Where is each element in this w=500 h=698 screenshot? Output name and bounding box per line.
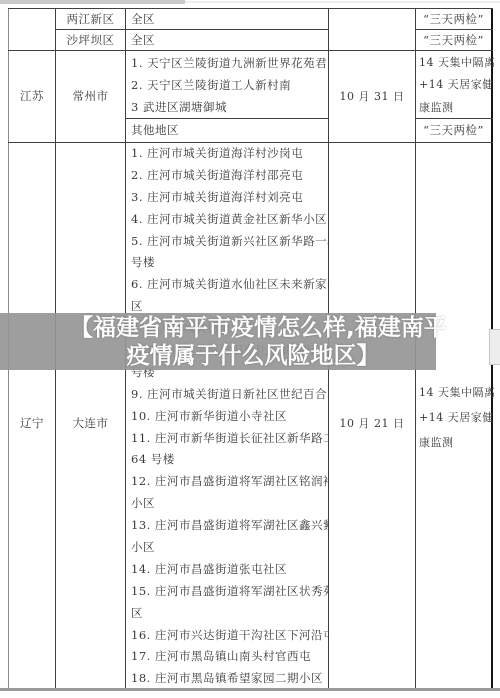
area-cell-shapingba: 全区 <box>131 30 321 50</box>
street-list-changzhou: 1. 天宁区兰陵街道九洲新世界花苑君堡2. 天宁区兰陵街道工人新村南3 武进区湖… <box>131 52 326 118</box>
measure-line: +14 天居家健 <box>419 74 489 96</box>
measure-line: 14 天集中隔离 <box>419 380 489 405</box>
street-line: 18. 庄河市黑岛镇希望家园二期小区 <box>131 668 329 690</box>
street-line: 14. 庄河市昌盛街道张屯社区 <box>131 559 329 581</box>
street-line: 64 号楼 <box>131 449 329 471</box>
measure-line: +14 天居家健 <box>419 405 489 430</box>
street-line: 16. 庄河市兴达街道干沟社区下河沿屯 <box>131 625 329 647</box>
other-measure-cell-changzhou: “三天两检” <box>416 119 491 141</box>
street-line: 区 <box>131 603 329 625</box>
street-line: 5. 庄河市城关街道新兴社区新华路一段 22 <box>131 231 329 253</box>
street-line: 10. 庄河市新华街道小寺社区 <box>131 406 329 428</box>
province-cell-jiangsu: 江苏 <box>9 51 55 141</box>
measure-line: 康监测 <box>419 430 489 455</box>
measure-cell-shapingba: “三天两检” <box>416 30 491 50</box>
measure-cell-liangjiang: “三天两检” <box>416 9 491 29</box>
street-line: 1. 天宁区兰陵街道九洲新世界花苑君堡 <box>131 52 326 74</box>
street-line: 12. 庄河市昌盛街道将军湖社区铭润褐邸 <box>131 471 329 493</box>
street-line: 3. 庄河市城关街道海洋村刘亮屯 <box>131 187 329 209</box>
top-edge-artifact <box>0 0 185 4</box>
street-line: 6. 庄河市城关街道水仙社区未来新家园小 <box>131 274 329 296</box>
banner-right-fragment <box>489 329 500 365</box>
street-line: 4. 庄河市城关街道黄金社区新华小区 <box>131 209 329 231</box>
city-cell-dalian: 大连市 <box>56 405 125 441</box>
date-cell-dalian: 10 月 21 日 <box>329 405 415 441</box>
street-line: 小区 <box>131 493 329 515</box>
other-area-cell-changzhou: 其他地区 <box>131 119 321 141</box>
city-cell-changzhou: 常州市 <box>56 51 125 141</box>
street-line: 2. 天宁区兰陵街道工人新村南 <box>131 74 326 96</box>
watermark-title-line2: 疫情属于什么风险地区】 <box>70 342 436 370</box>
risk-area-table-screenshot: 两江新区 全区 “三天两检” 沙坪坝区 全区 “三天两检” 江苏 常州市 1. … <box>0 0 500 698</box>
measure-line: 14 天集中隔离 <box>419 52 489 74</box>
date-cell-changzhou: 10 月 31 日 <box>329 51 415 141</box>
street-line: 小区 <box>131 537 329 559</box>
district-cell-shapingba: 沙坪坝区 <box>56 30 125 50</box>
street-list-dalian: 1. 庄河市城关街道海洋村沙岗屯2. 庄河市城关街道海洋村邵亮屯3. 庄河市城关… <box>131 143 329 690</box>
watermark-title-line1: 【福建省南平市疫情怎么样,福建南平 <box>70 314 436 342</box>
street-line: 11. 庄河市新华街道长征社区新华路二段 <box>131 428 329 450</box>
street-line: 2. 庄河市城关街道海洋村邵亮屯 <box>131 165 329 187</box>
watermark-title-banner: 【福建省南平市疫情怎么样,福建南平 疫情属于什么风险地区】 <box>0 313 436 370</box>
measure-line: 康监测 <box>419 97 489 119</box>
district-cell-liangjiang: 两江新区 <box>56 9 125 29</box>
street-line: 9. 庄河市城关街道日新社区世纪百合小区 <box>131 384 329 406</box>
street-line: 号楼 <box>131 252 329 274</box>
street-line: 17. 庄河市黑岛镇山南头村官西屯 <box>131 646 329 668</box>
street-line: 3 武进区湖塘御城 <box>131 96 326 118</box>
area-cell-liangjiang: 全区 <box>131 9 321 29</box>
street-line: 1. 庄河市城关街道海洋村沙岗屯 <box>131 143 329 165</box>
measure-cell-dalian: 14 天集中隔离+14 天居家健康监测 <box>419 380 489 455</box>
street-line: 13. 庄河市昌盛街道将军湖社区鑫兴紫郡 <box>131 515 329 537</box>
measure-cell-changzhou: 14 天集中隔离+14 天居家健康监测 <box>419 52 489 119</box>
street-line: 15. 庄河市昌盛街道将军湖社区状秀苑小 <box>131 581 329 603</box>
province-cell-liaoning: 辽宁 <box>9 405 55 441</box>
top-edge-artifact-light <box>185 1 500 3</box>
